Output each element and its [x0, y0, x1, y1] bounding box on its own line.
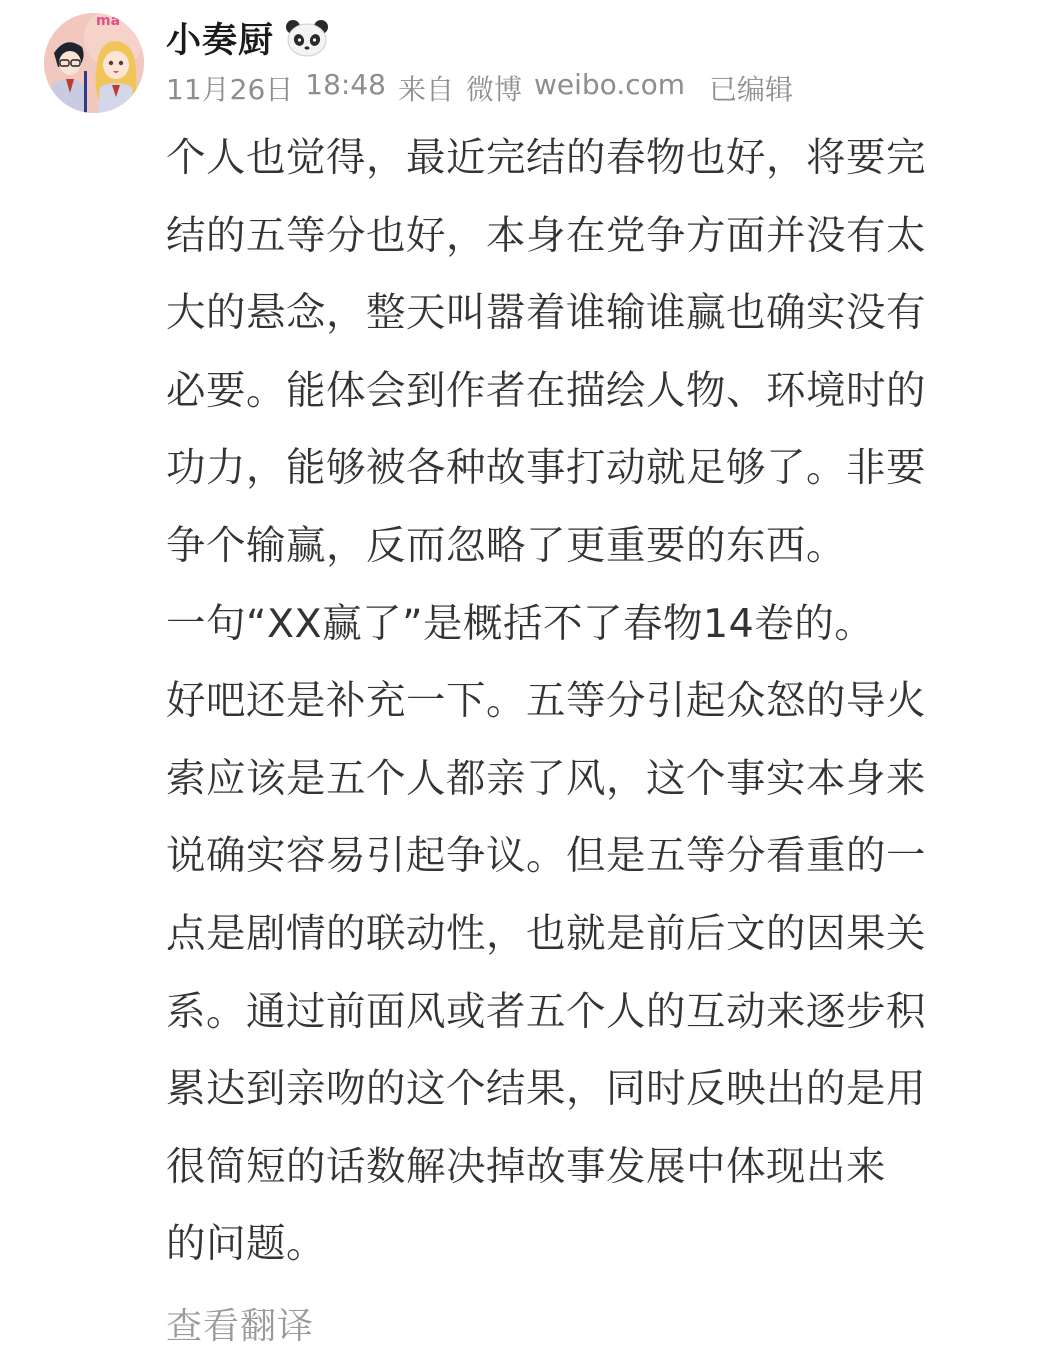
- body-line: 结的五等分也好，本身在党争方面并没有太: [166, 198, 1036, 276]
- body-line: 必要。能体会到作者在描绘人物、环境时的: [166, 353, 1036, 431]
- anime-couple-avatar-icon: ma: [44, 13, 144, 113]
- edited-label[interactable]: 已编辑: [709, 68, 793, 108]
- body-line: 争个输赢，反而忽略了更重要的东西。: [166, 508, 1036, 586]
- panda-emoji-icon: [284, 18, 330, 58]
- source-site[interactable]: weibo.com: [534, 68, 685, 108]
- body-line: 一句“XX赢了”是概括不了春物14卷的。: [166, 586, 1036, 664]
- post-body: 个人也觉得，最近完结的春物也好，将要完 结的五等分也好，本身在党争方面并没有太 …: [166, 120, 1036, 1284]
- body-line: 大的悬念，整天叫嚣着谁输谁赢也确实没有: [166, 275, 1036, 353]
- body-line: 好吧还是补充一下。五等分引起众怒的导火: [166, 663, 1036, 741]
- body-line: 功力，能够被各种故事打动就足够了。非要: [166, 430, 1036, 508]
- body-line: 很简短的话数解决掉故事发展中体现出来: [166, 1129, 1036, 1207]
- body-line: 系。通过前面风或者五个人的互动来逐步积: [166, 974, 1036, 1052]
- post-time: 18:48: [305, 68, 386, 108]
- avatar[interactable]: ma: [44, 13, 144, 113]
- author-header: 小奏厨: [166, 12, 330, 64]
- body-line: 的问题。: [166, 1206, 1036, 1284]
- body-line: 说确实容易引起争议。但是五等分看重的一: [166, 818, 1036, 896]
- post-meta: 11月26日 18:48 来自 微博 weibo.com 已编辑: [166, 68, 793, 108]
- source-prefix: 来自: [398, 68, 454, 108]
- source-app[interactable]: 微博: [466, 68, 522, 108]
- body-line: 索应该是五个人都亲了风，这个事实本身来: [166, 741, 1036, 819]
- view-translation-link[interactable]: 查看翻译: [166, 1298, 314, 1349]
- username[interactable]: 小奏厨: [166, 13, 274, 63]
- post-date: 11月26日: [166, 68, 293, 108]
- svg-text:ma: ma: [96, 13, 120, 29]
- body-line: 点是剧情的联动性，也就是前后文的因果关: [166, 896, 1036, 974]
- body-line: 个人也觉得，最近完结的春物也好，将要完: [166, 120, 1036, 198]
- body-line: 累达到亲吻的这个结果，同时反映出的是用: [166, 1051, 1036, 1129]
